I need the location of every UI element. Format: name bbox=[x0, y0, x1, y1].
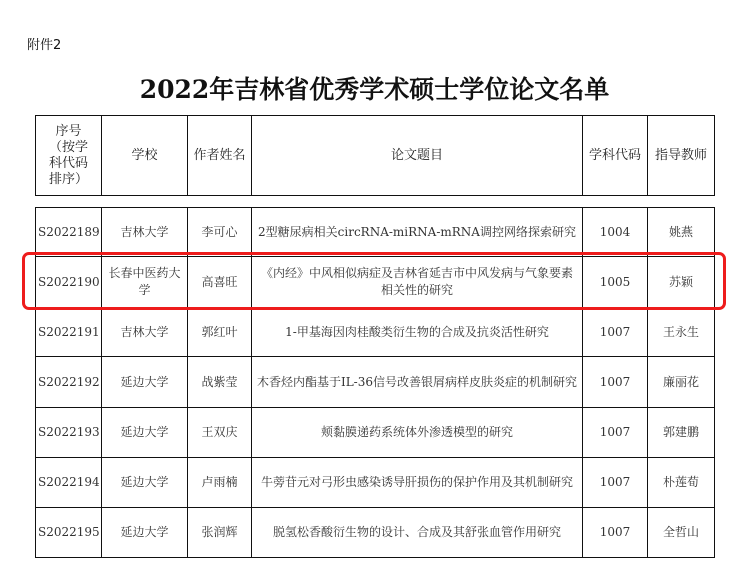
cell-subject-code: 1005 bbox=[583, 257, 648, 308]
cell-author: 卢雨楠 bbox=[188, 458, 252, 508]
cell-subject-code: 1007 bbox=[583, 308, 648, 357]
table-row: S2022189 吉林大学 李可心 2型糖尿病相关circRNA-miRNA-m… bbox=[36, 208, 715, 257]
page-title: 2022年吉林省优秀学术硕士学位论文名单 bbox=[0, 70, 749, 106]
cell-thesis-title: 木香烃内酯基于IL-36信号改善银屑病样皮肤炎症的机制研究 bbox=[252, 357, 583, 408]
cell-advisor: 全哲山 bbox=[648, 508, 715, 558]
table-row: S2022195 延边大学 张润辉 脱氢松香酸衍生物的设计、合成及其舒张血管作用… bbox=[36, 508, 715, 558]
table-row: S2022191 吉林大学 郭红叶 1-甲基海因肉桂酸类衍生物的合成及抗炎活性研… bbox=[36, 308, 715, 357]
cell-id: S2022193 bbox=[36, 408, 102, 458]
cell-school: 延边大学 bbox=[102, 508, 188, 558]
cell-school: 延边大学 bbox=[102, 357, 188, 408]
cell-id: S2022194 bbox=[36, 458, 102, 508]
cell-advisor: 廉丽花 bbox=[648, 357, 715, 408]
cell-subject-code: 1007 bbox=[583, 508, 648, 558]
cell-author: 张润辉 bbox=[188, 508, 252, 558]
cell-school: 吉林大学 bbox=[102, 308, 188, 357]
cell-subject-code: 1007 bbox=[583, 458, 648, 508]
cell-id: S2022189 bbox=[36, 208, 102, 257]
header-row: 序号（按学科代码排序） 学校 作者姓名 论文题目 学科代码 指导教师 bbox=[36, 116, 715, 196]
cell-school: 吉林大学 bbox=[102, 208, 188, 257]
cell-id: S2022195 bbox=[36, 508, 102, 558]
header-sequence: 序号（按学科代码排序） bbox=[36, 116, 102, 196]
header-author: 作者姓名 bbox=[188, 116, 252, 196]
cell-subject-code: 1007 bbox=[583, 357, 648, 408]
cell-thesis-title: 颊黏膜递药系统体外渗透模型的研究 bbox=[252, 408, 583, 458]
attachment-label: 附件2 bbox=[27, 34, 61, 53]
table-row: S2022193 延边大学 王双庆 颊黏膜递药系统体外渗透模型的研究 1007 … bbox=[36, 408, 715, 458]
cell-id: S2022190 bbox=[36, 257, 102, 308]
cell-advisor: 郭建鹏 bbox=[648, 408, 715, 458]
cell-advisor: 朴莲荀 bbox=[648, 458, 715, 508]
header-thesis-title: 论文题目 bbox=[252, 116, 583, 196]
cell-school: 延边大学 bbox=[102, 408, 188, 458]
cell-subject-code: 1007 bbox=[583, 408, 648, 458]
cell-id: S2022192 bbox=[36, 357, 102, 408]
cell-advisor: 苏颖 bbox=[648, 257, 715, 308]
cell-advisor: 姚燕 bbox=[648, 208, 715, 257]
cell-author: 高喜旺 bbox=[188, 257, 252, 308]
cell-thesis-title: 1-甲基海因肉桂酸类衍生物的合成及抗炎活性研究 bbox=[252, 308, 583, 357]
table-row: S2022194 延边大学 卢雨楠 牛蒡苷元对弓形虫感染诱导肝损伤的保护作用及其… bbox=[36, 458, 715, 508]
cell-thesis-title: 2型糖尿病相关circRNA-miRNA-mRNA调控网络探索研究 bbox=[252, 208, 583, 257]
cell-school: 延边大学 bbox=[102, 458, 188, 508]
table-header: 序号（按学科代码排序） 学校 作者姓名 论文题目 学科代码 指导教师 bbox=[35, 115, 715, 196]
cell-thesis-title: 牛蒡苷元对弓形虫感染诱导肝损伤的保护作用及其机制研究 bbox=[252, 458, 583, 508]
header-subject-code: 学科代码 bbox=[583, 116, 648, 196]
table-row: S2022192 延边大学 战紫莹 木香烃内酯基于IL-36信号改善银屑病样皮肤… bbox=[36, 357, 715, 408]
cell-author: 王双庆 bbox=[188, 408, 252, 458]
cell-id: S2022191 bbox=[36, 308, 102, 357]
header-school: 学校 bbox=[102, 116, 188, 196]
cell-advisor: 王永生 bbox=[648, 308, 715, 357]
cell-author: 战紫莹 bbox=[188, 357, 252, 408]
cell-subject-code: 1004 bbox=[583, 208, 648, 257]
cell-thesis-title: 脱氢松香酸衍生物的设计、合成及其舒张血管作用研究 bbox=[252, 508, 583, 558]
cell-school: 长春中医药大学 bbox=[102, 257, 188, 308]
cell-author: 李可心 bbox=[188, 208, 252, 257]
cell-author: 郭红叶 bbox=[188, 308, 252, 357]
cell-thesis-title: 《内经》中风相似病症及吉林省延吉市中风发病与气象要素相关性的研究 bbox=[252, 257, 583, 308]
table-row-highlighted: S2022190 长春中医药大学 高喜旺 《内经》中风相似病症及吉林省延吉市中风… bbox=[36, 257, 715, 308]
thesis-table: S2022189 吉林大学 李可心 2型糖尿病相关circRNA-miRNA-m… bbox=[35, 207, 715, 558]
header-advisor: 指导教师 bbox=[648, 116, 715, 196]
